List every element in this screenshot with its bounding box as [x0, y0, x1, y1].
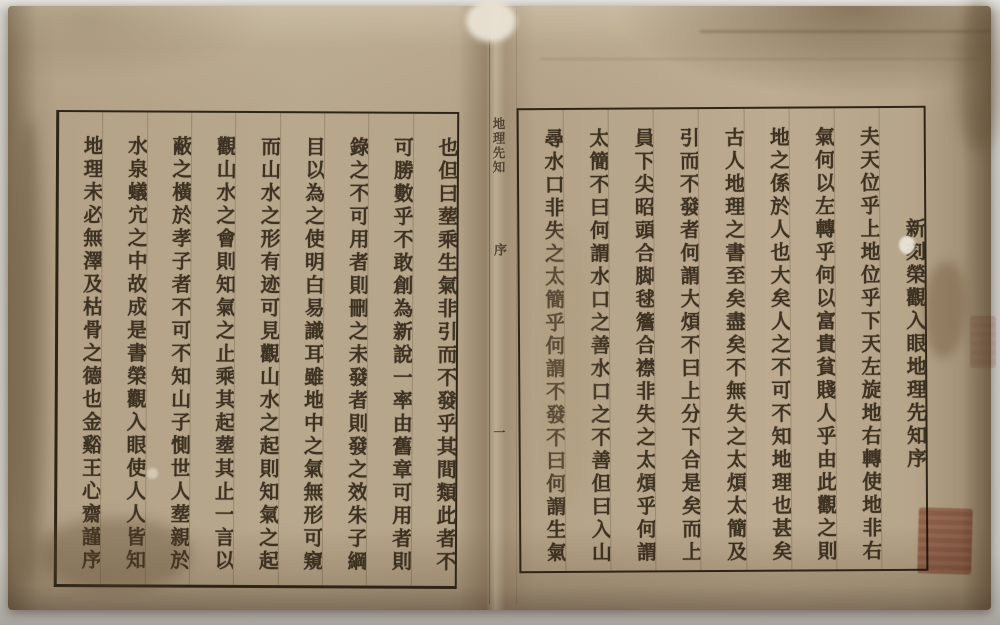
- text-column: 太簡不曰何謂水口之善水口之不善但曰入山: [564, 110, 612, 571]
- text-column: 可勝數乎不敢創為新說一率由舊章可用者則: [367, 114, 414, 586]
- text-column: 觀山水之會則知氣之止乘其起塟其止一言以: [190, 113, 237, 585]
- gutter-book-title: 地理先知: [489, 117, 507, 175]
- left-page-text-block: 也但曰塟乘生氣非引而不發乎其間類此者不 可勝數乎不敢創為新說一率由舊章可用者則 …: [54, 110, 459, 589]
- text-column: 夫天位乎上地位乎下天左旋地右轉使地非右: [834, 108, 882, 569]
- gutter-section-label: 序: [489, 243, 508, 258]
- text-column: 尋水口非失之太簡乎何謂不發不曰何謂生氣: [519, 110, 567, 571]
- collector-seal-faint: [970, 316, 996, 368]
- collector-seal: [917, 507, 973, 574]
- scanned-book-photo: 新刻榮觀入眼地理先知序 夫天位乎上地位乎下天左旋地右轉使地非右 氣何以左轉乎何以…: [0, 0, 1000, 625]
- text-column: 水泉蟻宂之中故成是書榮觀入眼使人人皆知: [101, 112, 148, 584]
- text-column: 也但曰塟乘生氣非引而不發乎其間類此者不: [411, 114, 457, 586]
- gutter-page-number: 一: [491, 426, 508, 440]
- left-page-columns: 也但曰塟乘生氣非引而不發乎其間類此者不 可勝數乎不敢創為新說一率由舊章可用者則 …: [57, 112, 457, 586]
- text-column: 引而不發者何謂大煩不曰上分下合是矣而上: [654, 109, 702, 570]
- text-column: 而山水之形有迹可見觀山水之起則知氣之起: [234, 113, 281, 585]
- text-column: 員下尖昭頭合脚毬簷合襟非失之太煩乎何謂: [609, 109, 657, 570]
- text-column: 氣何以左轉乎何以富貴貧賤人乎由此觀之則: [789, 108, 837, 569]
- text-column: 目以為之使明白易識耳雖地中之氣無形可窺: [278, 113, 325, 585]
- text-column: 蔽之橫於孝子者不可不知山子惻世人塟親於: [145, 112, 192, 584]
- text-column: 地之係於人也大矣人之不可不知地理也甚矣: [744, 109, 792, 570]
- text-column: 錄之不可用者則刪之未發者則發之效朱子綱: [323, 113, 370, 585]
- text-column: 古人地理之書至矣盡矣不無失之太煩太簡及: [699, 109, 747, 570]
- right-page-text-block: 新刻榮觀入眼地理先知序 夫天位乎上地位乎下天左旋地右轉使地非右 氣何以左轉乎何以…: [517, 106, 929, 573]
- colophon-column: 地理未必無澤及枯骨之德也金谿王心齋謹序: [57, 112, 104, 584]
- title-column: 新刻榮觀入眼地理先知序: [879, 108, 926, 569]
- right-page-columns: 新刻榮觀入眼地理先知序 夫天位乎上地位乎下天左旋地右轉使地非右 氣何以左轉乎何以…: [519, 108, 927, 571]
